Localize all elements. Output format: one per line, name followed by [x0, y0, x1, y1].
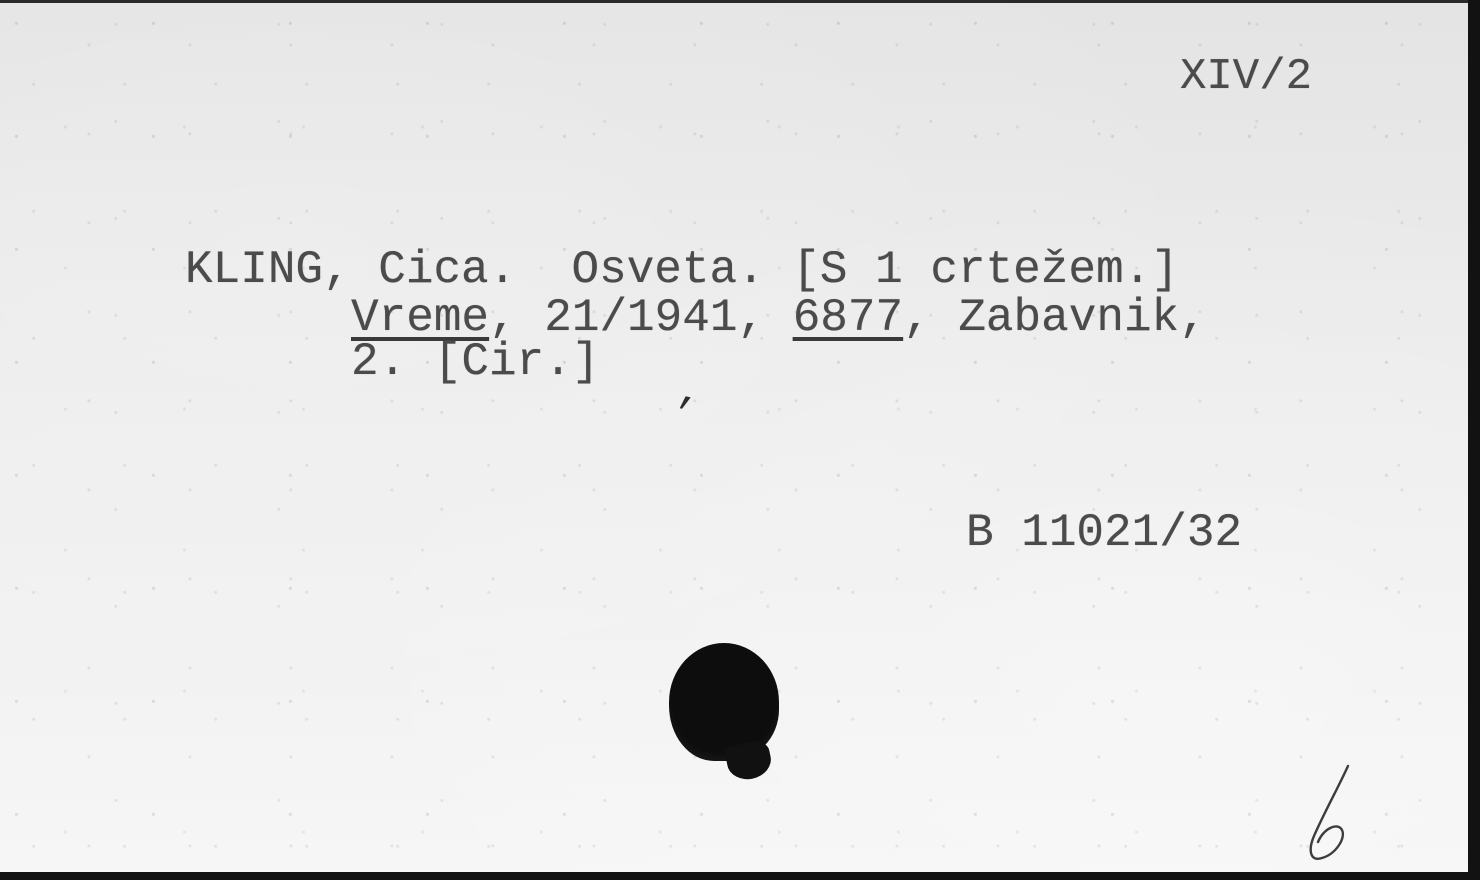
entry-line-2: Vreme, 21/1941, 6877, Zabavnik,	[351, 295, 1207, 341]
illustration-note: [S 1 crtežem.]	[792, 244, 1178, 296]
entry-line-1: KLING, Cica. Osveta. [S 1 crtežem.]	[185, 247, 1179, 293]
shelf-mark: XIV/2	[1180, 55, 1312, 99]
stray-typed-mark: ,	[674, 369, 707, 418]
card-right-edge	[1468, 0, 1480, 880]
work-title: Osveta.	[571, 244, 764, 296]
punch-hole	[669, 643, 779, 761]
handwritten-number-6: 6	[1300, 758, 1360, 868]
issue-number: 6877	[793, 292, 903, 344]
page-and-script-note: 2. [Cir.]	[351, 336, 599, 388]
call-number: B 11021/32	[966, 510, 1242, 556]
card-bottom-edge	[0, 872, 1480, 880]
author-name: KLING, Cica.	[185, 244, 516, 296]
section-name: , Zabavnik,	[903, 292, 1207, 344]
entry-line-3: 2. [Cir.]	[351, 339, 599, 385]
catalog-card: XIV/2 KLING, Cica. Osveta. [S 1 crtežem.…	[0, 3, 1468, 872]
